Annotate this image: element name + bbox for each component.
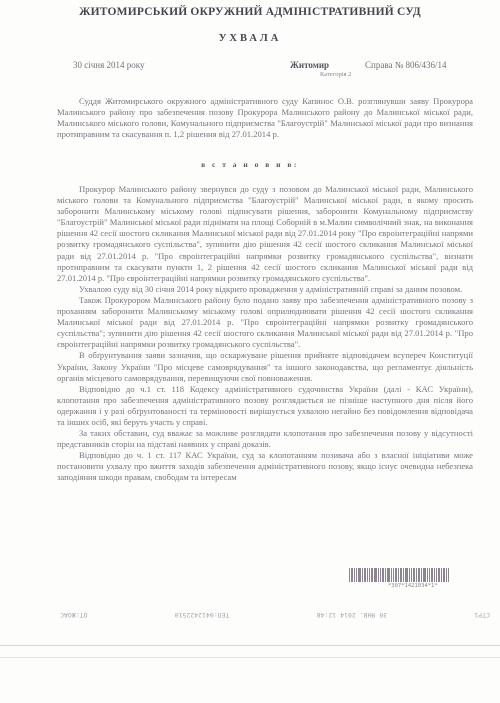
intro-paragraph: Суддя Житомирського окружного адміністра… xyxy=(57,96,473,140)
paragraph: В обґрунтування заяви зазначив, що оскар… xyxy=(57,350,473,383)
scan-artifact-line xyxy=(0,657,500,658)
document-body: Прокурор Малинського району звернувся до… xyxy=(57,184,473,484)
scan-artifact-line xyxy=(0,645,500,646)
barcode-number: *307*1421034*1* xyxy=(388,583,438,589)
fax-datetime: 30 ЯНВ. 2014 12:48 xyxy=(317,611,387,619)
document-city: Житомир xyxy=(290,60,329,70)
section-title: в с т а н о в и в: xyxy=(0,160,500,169)
paragraph: Прокурор Малинського району звернувся до… xyxy=(57,184,473,284)
intro-text: Суддя Житомирського окружного адміністра… xyxy=(57,96,473,140)
paragraph: Ухвалою суду від 30 січня 2014 року відк… xyxy=(57,284,473,295)
case-number: Справа № 806/436/14 xyxy=(365,60,447,70)
document-page: ЖИТОМИРСЬКИЙ ОКРУЖНИЙ АДМІНІСТРАТИВНИЙ С… xyxy=(0,0,500,703)
paragraph: За таких обставин, суд вважає за можливе… xyxy=(57,428,473,450)
fax-page: СТР1 xyxy=(474,611,490,619)
paragraph: Відповідно до ч. 1 ст. 117 КАС України, … xyxy=(57,450,473,483)
barcode xyxy=(349,568,474,582)
paragraph: Також Прокурором Малинського району було… xyxy=(57,295,473,350)
court-name: ЖИТОМИРСЬКИЙ ОКРУЖНИЙ АДМІНІСТРАТИВНИЙ С… xyxy=(0,6,500,18)
fax-phone: ТЕЛ:0412422510 xyxy=(175,611,230,619)
document-date: 30 січня 2014 року xyxy=(73,60,144,70)
fax-header: СТР1 30 ЯНВ. 2014 12:48 ТЕЛ:0412422510 О… xyxy=(60,611,490,619)
document-type: УХВАЛА xyxy=(0,33,500,44)
paragraph: Відповідно до ч.1 ст. 118 Кодексу адміні… xyxy=(57,384,473,428)
fax-sender: ОТ:ЖОАС xyxy=(60,611,87,619)
case-category: Категорія 2 xyxy=(320,71,351,78)
